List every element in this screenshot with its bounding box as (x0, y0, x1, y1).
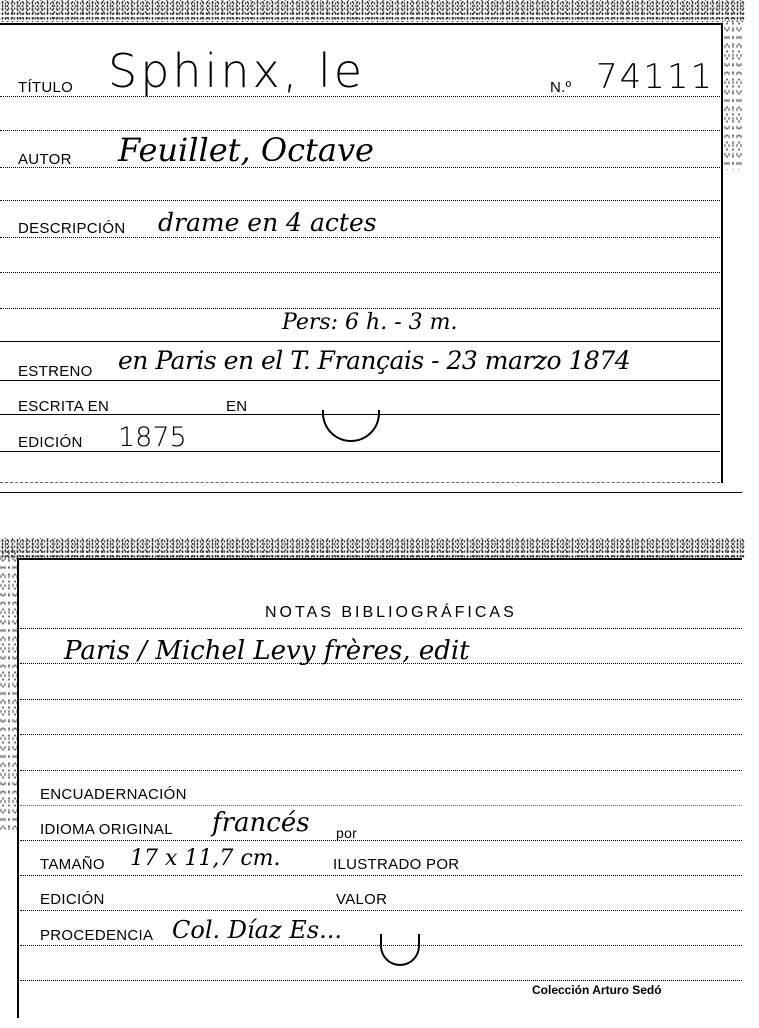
escrita-en-label: ESCRITA EN (18, 399, 109, 414)
edicion-label: EDICIÓN (18, 435, 83, 450)
numero-label: N.º (550, 80, 571, 95)
scan-edge-top-bottom-card (0, 538, 745, 558)
edicion-line (0, 451, 720, 452)
tamano-label: TAMAÑO (40, 857, 105, 872)
ilustrado-por-label: ILUSTRADO POR (333, 857, 459, 872)
procedencia-line (20, 945, 742, 946)
ink-stamp-mark (322, 410, 380, 442)
edicion-bottom-label: EDICIÓN (40, 892, 105, 907)
estreno-label: ESTRENO (18, 364, 93, 379)
descripcion-value[interactable]: drame en 4 actes (158, 210, 377, 235)
personajes-note[interactable]: Pers: 6 h. - 3 m. (282, 312, 457, 334)
idioma-line (20, 840, 742, 841)
estreno-value[interactable]: en Paris en el T. Français - 23 marzo 18… (118, 348, 630, 373)
scan-edge-top (0, 0, 745, 22)
notas-rule-4 (20, 734, 742, 735)
titulo-line (0, 96, 720, 97)
idioma-original-label: IDIOMA ORIGINAL (40, 822, 173, 837)
edicion-bottom-line (20, 910, 742, 911)
card-divider (0, 492, 742, 493)
encuadernacion-line (20, 805, 742, 806)
tamano-value[interactable]: 17 x 11,7 cm. (130, 848, 281, 870)
notas-rule-5 (20, 770, 742, 771)
tamano-line (20, 875, 742, 876)
descripcion-label: DESCRIPCIÓN (18, 221, 125, 236)
por-label: por (336, 826, 357, 840)
bottom-card-top-border (18, 558, 742, 560)
notas-rule-3 (20, 699, 742, 700)
autor-line (0, 167, 720, 168)
procedencia-value[interactable]: Col. Díaz Es... (172, 918, 342, 942)
scan-edge-right (724, 20, 744, 170)
notas-rule-1 (20, 628, 742, 629)
rule-482 (0, 482, 720, 483)
rule-200 (0, 200, 720, 201)
estreno-line (0, 380, 720, 381)
titulo-label: TÍTULO (18, 80, 73, 95)
notas-heading: NOTAS BIBLIOGRÁFICAS (265, 605, 517, 621)
autor-value[interactable]: Feuillet, Octave (118, 134, 374, 166)
notas-rule-2 (20, 663, 742, 664)
en-label: EN (226, 399, 247, 414)
ink-stamp-mark-bottom (380, 934, 420, 966)
notas-value[interactable]: Paris / Michel Levy frères, edit (64, 638, 470, 664)
procedencia-label: PROCEDENCIA (40, 928, 153, 943)
autor-label: AUTOR (18, 152, 72, 167)
encuadernacion-label: ENCUADERNACIÓN (40, 787, 187, 802)
idioma-original-value[interactable]: francés (212, 810, 310, 836)
descripcion-line (0, 237, 720, 238)
rule-308 (0, 308, 720, 309)
rule-272 (0, 272, 720, 273)
valor-label: VALOR (336, 892, 387, 907)
bottom-rule-final (20, 980, 742, 981)
edicion-value[interactable]: 1875 (118, 424, 187, 451)
card-right-border (721, 23, 723, 483)
numero-value[interactable]: 74111 (596, 60, 714, 94)
collection-credit: Colección Arturo Sedó (532, 984, 662, 996)
card-top-border (0, 23, 722, 25)
bottom-card-left-border (17, 558, 19, 1018)
titulo-value[interactable]: Sphinx, le (108, 48, 365, 94)
rule-340 (0, 341, 720, 342)
